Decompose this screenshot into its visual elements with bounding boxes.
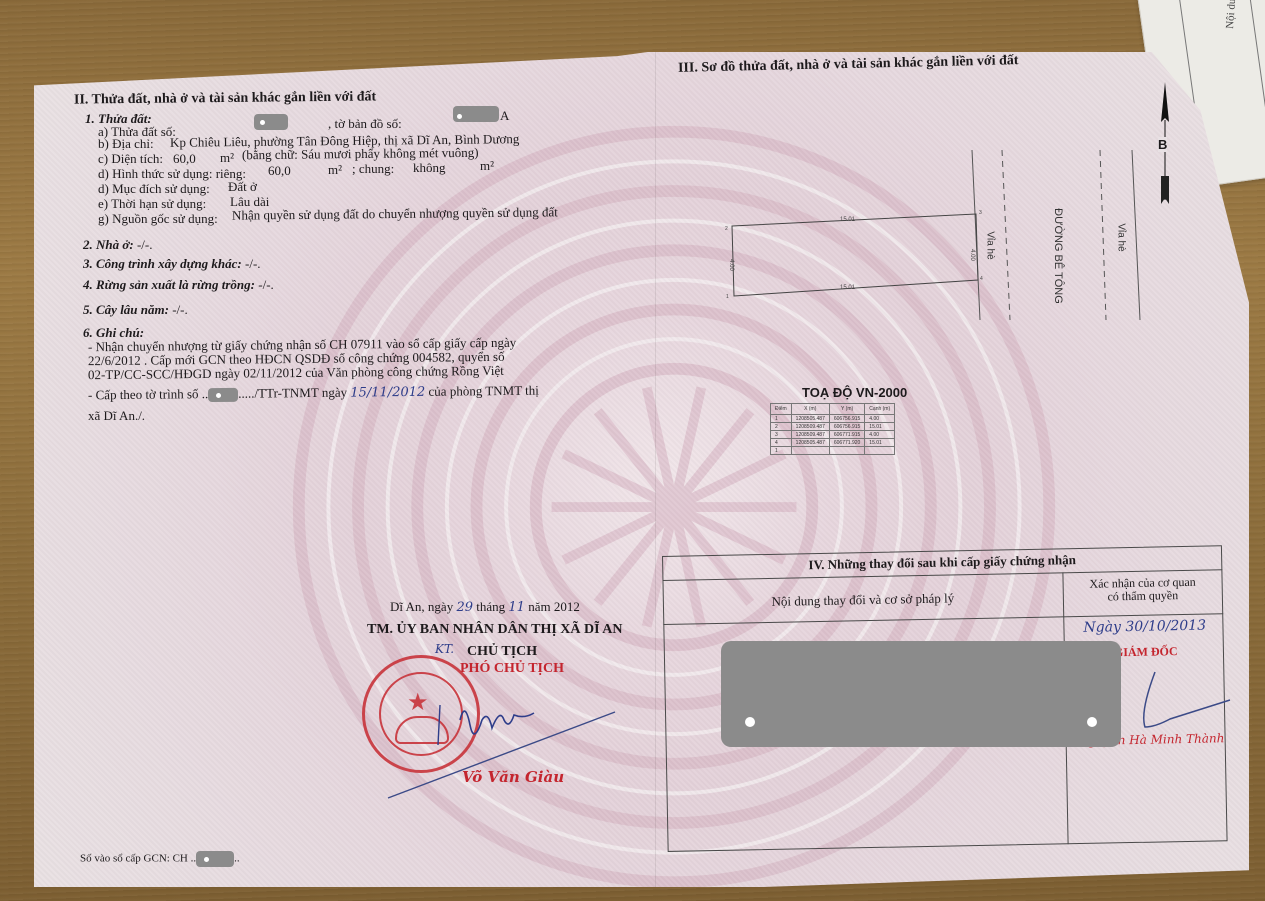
page-fold — [655, 52, 656, 887]
coords-header-cell: Điểm — [771, 404, 792, 415]
item4-label: 4. Rừng sản xuất là rừng trồng: -/-. — [83, 278, 274, 291]
coordinates-table: ĐiểmX (m)Y (m)Cạnh (m) 11208505.48760675… — [770, 403, 895, 455]
coords-header-cell: Y (m) — [829, 404, 864, 415]
confirm-date: Ngày 30/10/2013 — [1083, 618, 1206, 636]
submission-date: 15/11/2012 — [350, 385, 425, 401]
proxy-mark: KT. — [435, 642, 454, 656]
sidewalk-left-label: Vỉa hè — [985, 231, 996, 259]
coords-cell: 606756.915 — [829, 415, 864, 423]
coords-cell: 15.01 — [865, 439, 895, 447]
item3-label: 3. Công trình xây dựng khác: -/-. — [83, 257, 261, 270]
area-value: 60,0 — [173, 152, 196, 165]
item4-text: 4. Rừng sản xuất là rừng trồng: — [83, 277, 255, 292]
issuing-authority: TM. ỦY BAN NHÂN DÂN THỊ XÃ DĨ AN — [367, 622, 623, 638]
chairman-title: CHỦ TỊCH — [467, 644, 537, 660]
svg-text:2: 2 — [725, 226, 728, 232]
coords-cell: 606756.915 — [829, 423, 864, 431]
purpose-label: d) Mục đích sử dụng: — [98, 182, 210, 195]
map-sheet-label: , tờ bản đồ số: — [328, 117, 402, 130]
coords-cell: 606771.920 — [829, 439, 864, 447]
registry-label: Số vào sổ cấp GCN: CH .. — [80, 853, 196, 865]
item5-value: -/-. — [172, 302, 188, 317]
coords-cell: 4 — [771, 439, 792, 447]
item2-text: 2. Nhà ở: — [83, 237, 134, 252]
usage-form-label: d) Hình thức sử dụng: riêng: — [98, 167, 246, 180]
origin-value: Nhận quyền sử dụng đất do chuyển nhượng … — [232, 205, 558, 221]
usage-private-unit: m² — [328, 163, 342, 176]
coords-cell: 1208505.487 — [791, 415, 829, 423]
item5-label: 5. Cây lâu năm: -/-. — [83, 303, 188, 316]
coords-cell: 4.00 — [865, 431, 895, 439]
coords-header-cell: Cạnh (m) — [865, 404, 895, 415]
note-last-suffix: của phòng TNMT thị — [428, 383, 539, 399]
usage-shared-unit: m² — [480, 159, 494, 172]
item5-text: 5. Cây lâu năm: — [83, 302, 169, 317]
area-in-words: (bằng chữ: Sáu mươi phẩy không mét vuông… — [242, 146, 479, 161]
coords-cell: 15.01 — [865, 423, 895, 431]
coords-row: 41208505.487606771.92015.01 — [771, 439, 895, 447]
redaction-overlay — [721, 641, 1121, 747]
coordinates-title: TOẠ ĐỘ VN-2000 — [802, 385, 907, 400]
parcel-number-redacted — [254, 113, 288, 131]
signing-date-prefix: Dĩ An, ngày — [390, 599, 453, 614]
signing-day: 29 — [456, 600, 473, 615]
area-unit: m² — [220, 151, 234, 164]
section-ii-title: II. Thửa đất, nhà ở và tài sản khác gắn … — [74, 89, 376, 108]
signing-month: 11 — [508, 600, 525, 615]
registry-suffix: .. — [234, 853, 240, 865]
coords-cell: 1208509.487 — [791, 423, 829, 431]
edge-top-length: 15.01 — [840, 217, 855, 223]
sidewalk-right-label: Vỉa hè — [1116, 223, 1127, 251]
underlying-paper-label: Nội dung — [1224, 0, 1239, 29]
coords-cell: 1 — [771, 415, 792, 423]
signing-date: Dĩ An, ngày 29 tháng 11 năm 2012 — [390, 600, 580, 614]
item2-value: -/-. — [137, 237, 153, 252]
registry-number-redacted — [196, 851, 234, 867]
submission-number-redacted — [208, 388, 238, 402]
signing-year: năm 2012 — [528, 599, 580, 614]
coords-row: 1 — [771, 447, 895, 455]
address-label: b) Địa chỉ: — [98, 137, 154, 150]
item6-label: 6. Ghi chú: — [83, 326, 144, 339]
origin-label: g) Nguồn gốc sử dụng: — [98, 212, 218, 225]
vice-chairman-title: PHÓ CHỦ TỊCH — [460, 661, 564, 677]
coords-row: 21208509.487606756.91515.01 — [771, 423, 895, 431]
coords-cell: 1 — [771, 447, 792, 455]
area-label: c) Diện tích: — [98, 152, 163, 165]
term-label: e) Thời hạn sử dụng: — [98, 197, 206, 210]
item3-value: -/-. — [245, 256, 261, 271]
item2-label: 2. Nhà ở: -/-. — [83, 238, 152, 251]
item3-text: 3. Công trình xây dựng khác: — [83, 256, 242, 271]
coords-row: 31208509.487606771.9154.00 — [771, 431, 895, 439]
signer-name-left: Võ Văn Giàu — [462, 768, 564, 786]
svg-text:4: 4 — [980, 276, 983, 282]
confirm-title: GIÁM ĐỐC — [1114, 644, 1178, 660]
note-line-5: xã Dĩ An./. — [88, 409, 145, 422]
changes-col-confirm-header: Xác nhận của cơ quan có thẩm quyền — [1063, 575, 1223, 604]
coords-cell — [829, 447, 864, 455]
map-sheet-suffix: A — [500, 109, 509, 122]
purpose-value: Đất ở — [228, 180, 257, 193]
note-last-prefix: - Cấp theo tờ trình số .. — [88, 386, 208, 402]
usage-private-value: 60,0 — [268, 164, 291, 177]
note-last-middle: ...../TTr-TNMT ngày — [238, 385, 347, 401]
road-label: ĐƯỜNG BÊ TÔNG — [1052, 208, 1064, 304]
coords-cell: 4.00 — [865, 415, 895, 423]
coords-cell — [791, 447, 829, 455]
coords-cell: 1208509.487 — [791, 431, 829, 439]
coords-header-cell: X (m) — [791, 404, 829, 415]
edge-bottom-length: 15.01 — [840, 285, 855, 291]
coords-cell — [865, 447, 895, 455]
item4-value: -/-. — [258, 277, 274, 292]
usage-shared-label: ; chung: — [352, 162, 394, 175]
usage-shared-value: không — [413, 161, 446, 174]
term-value: Lâu dài — [230, 195, 269, 208]
coords-cell: 1208505.487 — [791, 439, 829, 447]
registry-number: Số vào sổ cấp GCN: CH .... — [80, 851, 240, 867]
svg-text:3: 3 — [979, 210, 982, 216]
coords-cell: 2 — [771, 423, 792, 431]
coords-cell: 3 — [771, 431, 792, 439]
coordinates-block: TOẠ ĐỘ VN-2000 ĐiểmX (m)Y (m)Cạnh (m) 11… — [770, 385, 907, 455]
coords-cell: 606771.915 — [829, 431, 864, 439]
edge-left-length: 4.00 — [728, 259, 734, 271]
parcel-diagram: 2 1 3 4 — [720, 150, 1170, 320]
map-sheet-redacted — [453, 105, 499, 123]
edge-right-length: 4.00 — [969, 249, 975, 261]
coords-row: 11208505.487606756.9154.00 — [771, 415, 895, 423]
signing-month-label: tháng — [476, 599, 505, 614]
svg-text:1: 1 — [726, 294, 729, 300]
